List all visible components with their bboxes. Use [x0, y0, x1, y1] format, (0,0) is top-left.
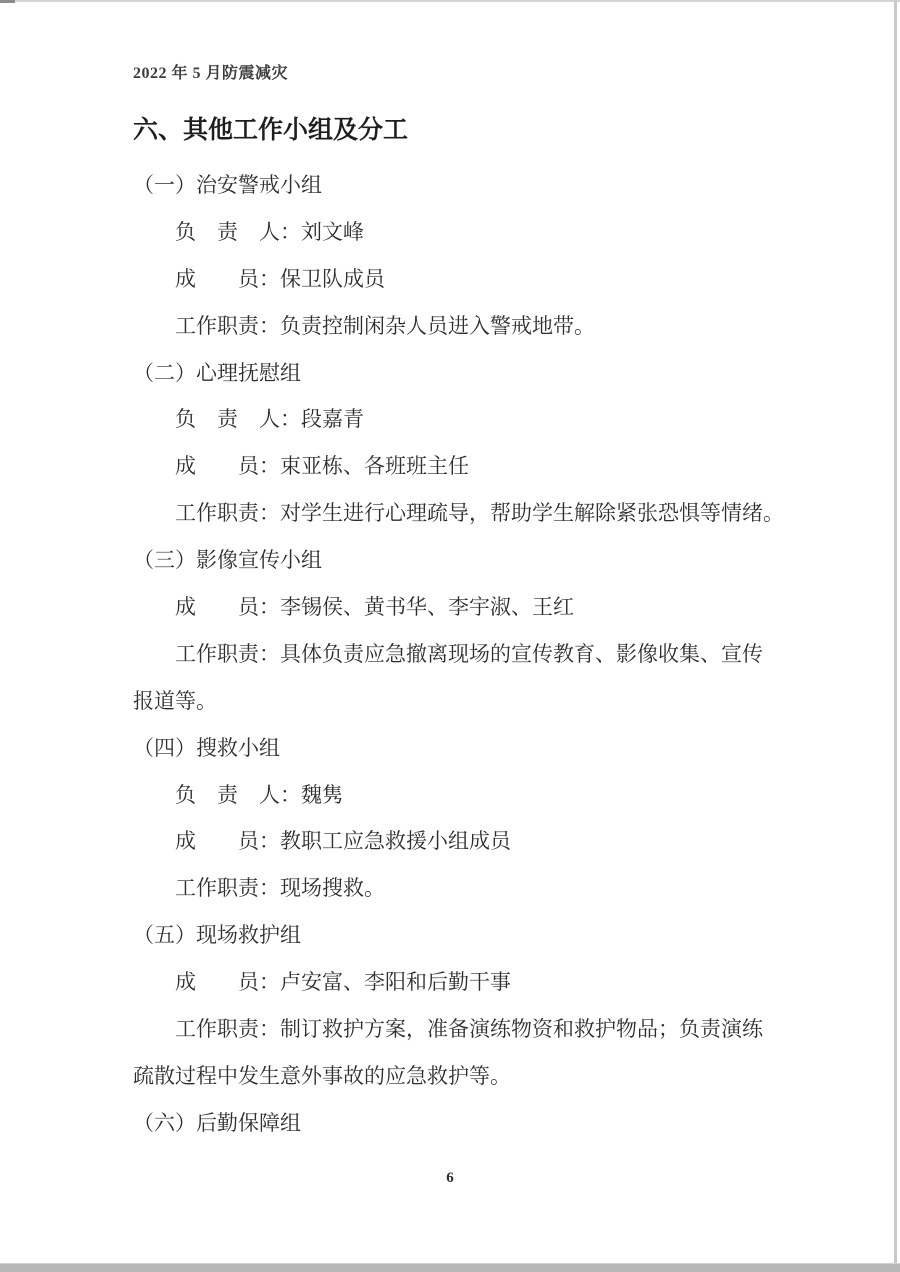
document-body: （一）治安警戒小组 负 责 人：刘文峰 成 员：保卫队成员 工作职责：负责控制闲… [133, 162, 813, 1147]
section-heading: （三）影像宣传小组 [133, 537, 813, 584]
detail-line: 负 责 人：刘文峰 [133, 209, 813, 256]
section-heading: （五）现场救护组 [133, 912, 813, 959]
page-corner-mark [0, 0, 15, 3]
document-title: 六、其他工作小组及分工 [133, 110, 408, 146]
detail-line: 成 员：保卫队成员 [133, 256, 813, 303]
detail-line: 工作职责：负责控制闲杂人员进入警戒地带。 [133, 303, 813, 350]
section-heading: （一）治安警戒小组 [133, 162, 813, 209]
detail-line: 工作职责：制订救护方案，准备演练物资和救护物品；负责演练 [133, 1006, 813, 1053]
continuation-line: 疏散过程中发生意外事故的应急救护等。 [133, 1053, 813, 1100]
detail-line: 负 责 人：段嘉青 [133, 396, 813, 443]
detail-line: 成 员：李锡侯、黄书华、李宇淑、王红 [133, 584, 813, 631]
page-right-edge [894, 0, 897, 1272]
detail-line: 工作职责：具体负责应急撤离现场的宣传教育、影像收集、宣传 [133, 631, 813, 678]
document-page: 2022 年 5 月防震减灾 六、其他工作小组及分工 （一）治安警戒小组 负 责… [0, 0, 900, 1272]
continuation-line: 报道等。 [133, 678, 813, 725]
detail-line: 负 责 人：魏隽 [133, 772, 813, 819]
section-heading: （四）搜救小组 [133, 725, 813, 772]
page-header: 2022 年 5 月防震减灾 [133, 60, 288, 83]
detail-line: 成 员：卢安富、李阳和后勤干事 [133, 959, 813, 1006]
detail-line: 成 员：教职工应急救援小组成员 [133, 818, 813, 865]
page-top-edge [0, 0, 900, 2]
detail-line: 工作职责：现场搜救。 [133, 865, 813, 912]
page-number: 6 [0, 1170, 900, 1187]
detail-line: 成 员：束亚栋、各班班主任 [133, 443, 813, 490]
page-bottom-edge [0, 1263, 900, 1272]
section-heading: （六）后勤保障组 [133, 1100, 813, 1147]
section-heading: （二）心理抚慰组 [133, 350, 813, 397]
detail-line: 工作职责：对学生进行心理疏导，帮助学生解除紧张恐惧等情绪。 [133, 490, 813, 537]
